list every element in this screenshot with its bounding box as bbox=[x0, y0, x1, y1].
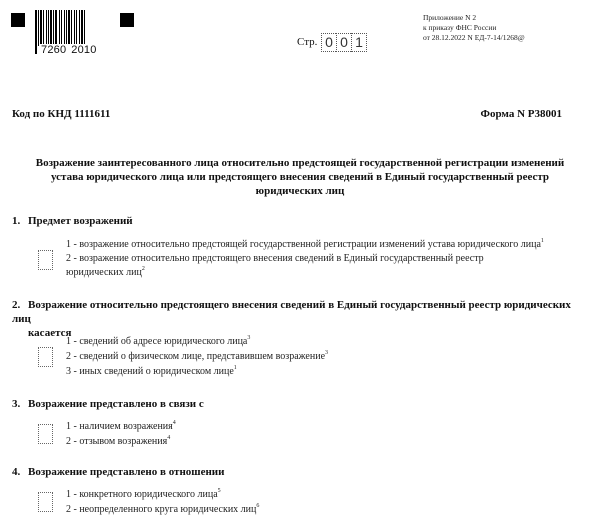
title-line: устава юридического лица или предстоящег… bbox=[20, 170, 580, 184]
section-2-option-3: 3 - иных сведений о юридическом лице1 bbox=[66, 365, 237, 379]
section-heading-text: Возражение представлено в отношении bbox=[28, 466, 224, 478]
section-3-option-1: 1 - наличием возражения4 bbox=[66, 420, 176, 434]
section-number: 2. bbox=[12, 298, 28, 312]
page-number-field[interactable]: 0 0 1 bbox=[321, 33, 367, 52]
section-heading-text: Возражение относительно предстоящего вне… bbox=[12, 299, 571, 325]
section-2-option-2: 2 - сведений о физическом лице, представ… bbox=[66, 350, 328, 364]
page-digit[interactable]: 0 bbox=[321, 33, 336, 52]
section-4-checkbox[interactable] bbox=[38, 492, 53, 512]
section-heading-text: Возражение представлено в связи с bbox=[28, 398, 204, 410]
corner-marker-left bbox=[11, 13, 25, 27]
section-2-heading: 2.Возражение относительно предстоящего в… bbox=[12, 298, 582, 340]
section-1-option-1: 1 - возражение относительно предстоящей … bbox=[66, 238, 544, 252]
page-digit[interactable]: 0 bbox=[336, 33, 351, 52]
section-4-option-2: 2 - неопределенного круга юридических ли… bbox=[66, 503, 259, 517]
section-number: 3. bbox=[12, 397, 28, 411]
appendix-line: к приказу ФНС России bbox=[423, 23, 525, 33]
section-2-checkbox[interactable] bbox=[38, 347, 53, 367]
section-3-checkbox[interactable] bbox=[38, 424, 53, 444]
section-number: 1. bbox=[12, 214, 28, 228]
appendix-note: Приложение N 2 к приказу ФНС России от 2… bbox=[423, 13, 525, 43]
section-4-option-1: 1 - конкретного юридического лица5 bbox=[66, 488, 221, 502]
section-3-heading: 3.Возражение представлено в связи с bbox=[12, 397, 204, 411]
title-line: Возражение заинтересованного лица относи… bbox=[20, 156, 580, 170]
document-title: Возражение заинтересованного лица относи… bbox=[20, 156, 580, 198]
section-heading-text: Предмет возражений bbox=[28, 215, 133, 227]
section-number: 4. bbox=[12, 465, 28, 479]
section-3-option-2: 2 - отзывом возражения4 bbox=[66, 435, 170, 449]
form-number: Форма N Р38001 bbox=[481, 108, 562, 120]
section-1-option-2-cont: юридических лиц2 bbox=[66, 266, 145, 280]
section-1-heading: 1.Предмет возражений bbox=[12, 214, 133, 228]
section-4-heading: 4.Возражение представлено в отношении bbox=[12, 465, 224, 479]
page-digit[interactable]: 1 bbox=[351, 33, 367, 52]
page-label: Стр. bbox=[297, 36, 317, 48]
section-1-option-2: 2 - возражение относительно предстоящего… bbox=[66, 252, 484, 266]
barcode-digits-left: 7260 bbox=[41, 44, 66, 56]
corner-marker-right bbox=[120, 13, 134, 27]
appendix-line: от 28.12.2022 N ЕД-7-14/1268@ bbox=[423, 33, 525, 43]
barcode-digits: 72602010 bbox=[40, 44, 103, 56]
barcode-digits-right: 2010 bbox=[71, 44, 96, 56]
section-2-option-1: 1 - сведений об адресе юридического лица… bbox=[66, 335, 250, 349]
title-line: юридических лиц bbox=[20, 184, 580, 198]
knd-code: Код по КНД 1111611 bbox=[12, 108, 110, 120]
section-1-checkbox[interactable] bbox=[38, 250, 53, 270]
appendix-line: Приложение N 2 bbox=[423, 13, 525, 23]
